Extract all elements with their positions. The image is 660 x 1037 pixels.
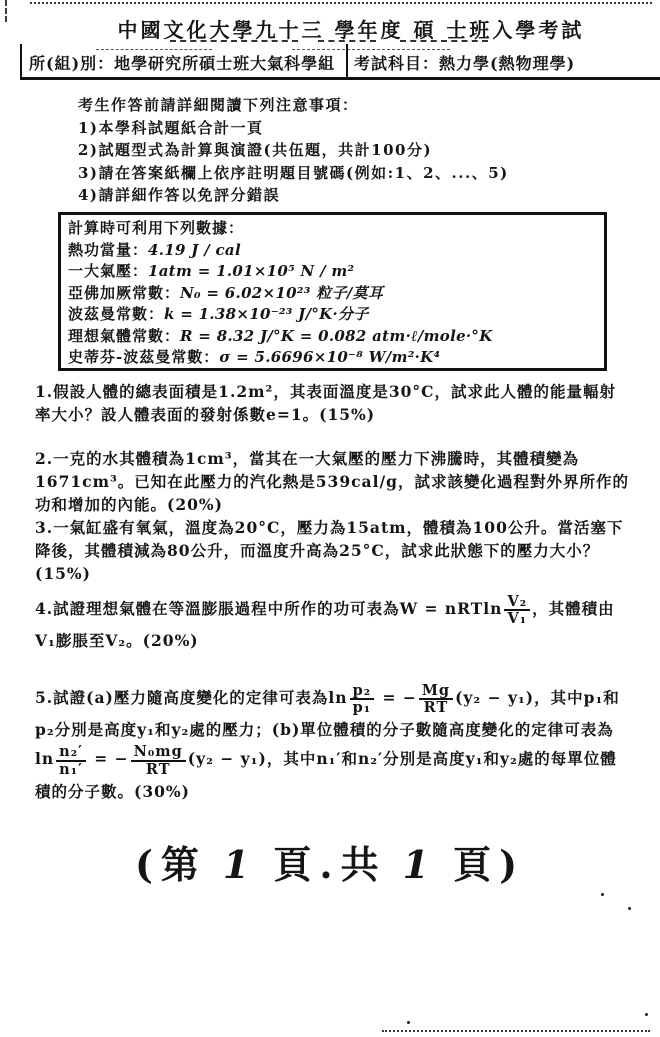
page-footer: (第1頁.共1頁): [0, 834, 660, 889]
text-run: y₂: [500, 750, 518, 769]
text-run: W = nRTln: [400, 599, 503, 618]
constant-label: 亞佛加厥常數：: [68, 284, 180, 302]
text-run: n₂′: [358, 750, 383, 769]
text-run: ln: [35, 750, 54, 769]
fraction: p₂p₁: [350, 683, 375, 715]
text-run: 和: [341, 750, 358, 769]
constant-value: R = 8.32 J/°K = 0.082 atm·ℓ/mole·°K: [180, 327, 493, 345]
text-run: y₁: [137, 720, 155, 739]
text-run: (y₂ − y₁): [455, 688, 534, 707]
constants-title: 計算時可利用下列數據：: [68, 218, 597, 240]
constant-stefan-boltzmann: 史蒂芬-波茲曼常數：σ = 5.6696×10⁻⁸ W/m²·K⁴: [68, 347, 597, 369]
text-run: p₂: [35, 720, 55, 739]
scan-speckle: [601, 893, 604, 896]
text-run: 和: [483, 750, 500, 769]
constant-value: 1atm = 1.01×10⁵ N / m²: [148, 262, 354, 280]
text-run: 膨脹至: [56, 631, 106, 650]
text-run: 1: [403, 842, 437, 887]
scan-speckle: [407, 1021, 410, 1024]
constant-value: N₀ = 6.02×10²³ 粒子/莫耳: [180, 284, 383, 302]
constant-heat-equivalent: 熱功當量：4.19 J / cal: [68, 240, 597, 262]
constant-atmosphere: 一大氣壓：1atm = 1.01×10⁵ N / m²: [68, 261, 597, 283]
text-run: 1.假設人體的總表面積是1.2m²，其表面溫度是30°C，試求此人體的能量輻射率…: [35, 382, 616, 424]
header-divider: [346, 44, 348, 77]
text-run: V₁: [35, 631, 56, 650]
fraction: MgRT: [419, 683, 453, 715]
scan-speckle: [645, 1013, 648, 1016]
text-run: 1: [223, 842, 257, 887]
text-run: 3.一氣缸盛有氧氣，溫度為20°C，壓力為15atm，體積為100公升。當活塞下…: [35, 518, 623, 583]
text-run: = −: [88, 750, 129, 769]
text-run: 頁.共: [273, 842, 386, 887]
text-run: n₁′: [316, 750, 341, 769]
text-run: (y₂ − y₁): [188, 750, 267, 769]
question-1: 1.假設人體的總表面積是1.2m²，其表面溫度是30°C，試求此人體的能量輻射率…: [35, 380, 631, 426]
question-5: 5.試證(a)壓力隨高度變化的定律可表為lnp₂p₁ = −MgRT(y₂ − …: [35, 683, 631, 806]
constant-value: σ = 5.6696×10⁻⁸ W/m²·K⁴: [219, 348, 440, 366]
constant-value: 4.19 J / cal: [148, 241, 241, 259]
exam-paper-page: 中國文化大學九十三 學年度 碩 士班入學考試 所(組)別：地學研究所碩士班大氣科…: [0, 0, 660, 1037]
text-run: y₂: [171, 720, 189, 739]
scan-speckle: [628, 907, 631, 910]
text-run: 4.試證理想氣體在等溫膨脹過程中所作的功可表為: [35, 599, 400, 618]
constant-ideal-gas: 理想氣體常數：R = 8.32 J/°K = 0.082 atm·ℓ/mole·…: [68, 326, 597, 348]
exam-title: 中國文化大學九十三 學年度 碩 士班入學考試: [0, 14, 660, 43]
text-run: V₂: [105, 631, 126, 650]
text-run: ，其中: [267, 750, 317, 769]
constant-label: 熱功當量：: [68, 241, 148, 259]
text-run: 2.一克的水其體積為1cm³，當其在一大氣壓的壓力下沸騰時，其體積變為1671c…: [35, 449, 629, 514]
notice-item-3: 3)請在答案紙欄上依序註明題目號碼(例如:1、2、...、5): [78, 162, 618, 185]
text-run: ，其體積由: [532, 599, 615, 618]
notice-item-2: 2)試題型式為計算與演證(共伍題，共計100分): [78, 139, 618, 162]
constant-value: k = 1.38×10⁻²³ J/°K·分子: [164, 305, 369, 323]
department-field: 所(組)別：地學研究所碩士班大氣科學組: [29, 51, 335, 74]
fraction: V₂V₁: [504, 594, 530, 626]
text-run: p₁: [584, 688, 604, 707]
subject-field: 考試科目：熱力學(熱物理學): [354, 51, 575, 74]
notice-item-1: 1)本學科試題紙合計一頁: [78, 117, 618, 140]
text-run: 5.試證(a)壓力隨高度變化的定律可表為: [35, 688, 328, 707]
header-box: 所(組)別：地學研究所碩士班大氣科學組 考試科目：熱力學(熱物理學): [20, 44, 660, 80]
text-run: 和: [603, 688, 620, 707]
notice-intro: 考生作答前請詳細閱讀下列注意事項：: [78, 94, 618, 117]
scan-artifact-bottom-edge: [382, 1030, 650, 1032]
scan-artifact-top-edge: [30, 2, 652, 4]
constant-label: 波茲曼常數：: [68, 305, 164, 323]
text-run: 分別是高度: [55, 720, 138, 739]
text-run: 分別是高度: [383, 750, 466, 769]
text-run: ln: [328, 688, 347, 707]
fraction: n₂′n₁′: [56, 744, 86, 776]
constant-boltzmann: 波茲曼常數：k = 1.38×10⁻²³ J/°K·分子: [68, 304, 597, 326]
text-run: 。(20%): [126, 631, 198, 650]
question-4: 4.試證理想氣體在等溫膨脹過程中所作的功可表為W = nRTlnV₂V₁，其體積…: [35, 594, 631, 656]
notice-section: 考生作答前請詳細閱讀下列注意事項： 1)本學科試題紙合計一頁 2)試題型式為計算…: [78, 94, 618, 207]
constant-label: 理想氣體常數：: [68, 327, 180, 345]
text-run: ，其中: [534, 688, 584, 707]
text-run: 頁): [453, 842, 525, 887]
notice-item-4: 4)請詳細作答以免評分錯誤: [78, 184, 618, 207]
constant-avogadro: 亞佛加厥常數：N₀ = 6.02×10²³ 粒子/莫耳: [68, 283, 597, 305]
text-run: 和: [155, 720, 172, 739]
question-3: 3.一氣缸盛有氧氣，溫度為20°C，壓力為15atm，體積為100公升。當活塞下…: [35, 516, 631, 585]
text-run: (第: [135, 842, 207, 887]
text-run: y₁: [466, 750, 484, 769]
text-run: = −: [376, 688, 417, 707]
constant-label: 史蒂芬-波茲曼常數：: [68, 348, 219, 366]
fraction: N₀mgRT: [131, 744, 186, 776]
constants-box: 計算時可利用下列數據： 熱功當量：4.19 J / cal 一大氣壓：1atm …: [58, 212, 607, 371]
question-2: 2.一克的水其體積為1cm³，當其在一大氣壓的壓力下沸騰時，其體積變為1671c…: [35, 447, 631, 516]
text-run: 處的壓力；(b)單位體積的分子數隨高度變化的定律可表為: [189, 720, 614, 739]
constant-label: 一大氣壓：: [68, 262, 148, 280]
